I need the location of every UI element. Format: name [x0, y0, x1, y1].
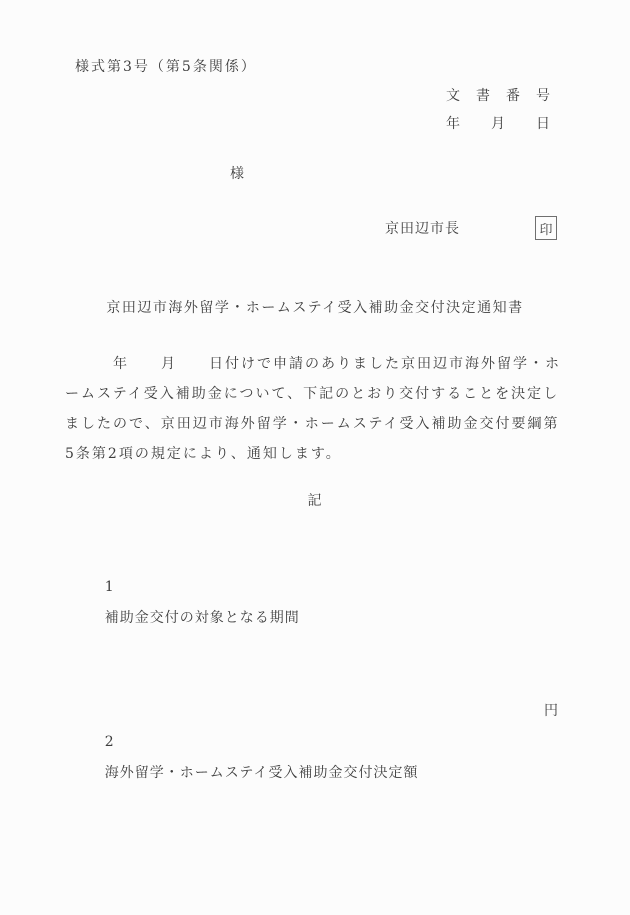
body-line-3: ましたので、京田辺市海外留学・ホームステイ受入補助金交付要綱第 — [65, 409, 575, 439]
body-line-4: 5条第2項の規定により、通知します。 — [65, 439, 575, 469]
body-line-1: 年 月 日付けで申請のありました京田辺市海外留学・ホ — [65, 349, 575, 379]
item-text: 海外留学・ホームステイ受入補助金交付決定額 — [105, 765, 419, 781]
item-number: 2 — [105, 727, 130, 758]
seal-label: 印 — [539, 219, 552, 238]
sender-title: 京田辺市長 — [385, 218, 460, 238]
item-text: 補助金交付の対象となる期間 — [105, 610, 300, 626]
list-item-1: 1 補助金交付の対象となる期間 — [78, 541, 560, 696]
form-number: 様式第3号（第5条関係） — [75, 56, 257, 76]
date-blank-line: 年 月 日 — [446, 113, 551, 133]
document-title: 京田辺市海外留学・ホームステイ受入補助金交付決定通知書 — [0, 297, 630, 317]
body-line-2: ームステイ受入補助金について、下記のとおり交付することを決定し — [65, 379, 575, 409]
body-paragraph: 年 月 日付けで申請のありました京田辺市海外留学・ホ ームステイ受入補助金につい… — [65, 349, 575, 469]
seal-box: 印 — [535, 216, 557, 240]
record-marker: 記 — [65, 490, 565, 510]
document-number-label: 文 書 番 号 — [446, 85, 551, 105]
item-suffix: 円 — [544, 696, 558, 727]
document-page: 様式第3号（第5条関係） 文 書 番 号 年 月 日 様 京田辺市長 印 京田辺… — [0, 0, 630, 915]
item-number: 1 — [105, 572, 130, 603]
addressee-honorific: 様 — [230, 163, 244, 183]
list-item-2: 2 海外留学・ホームステイ受入補助金交付決定額 円 — [78, 696, 560, 851]
item-list: 1 補助金交付の対象となる期間 2 海外留学・ホームステイ受入補助金交付決定額 … — [78, 541, 560, 851]
